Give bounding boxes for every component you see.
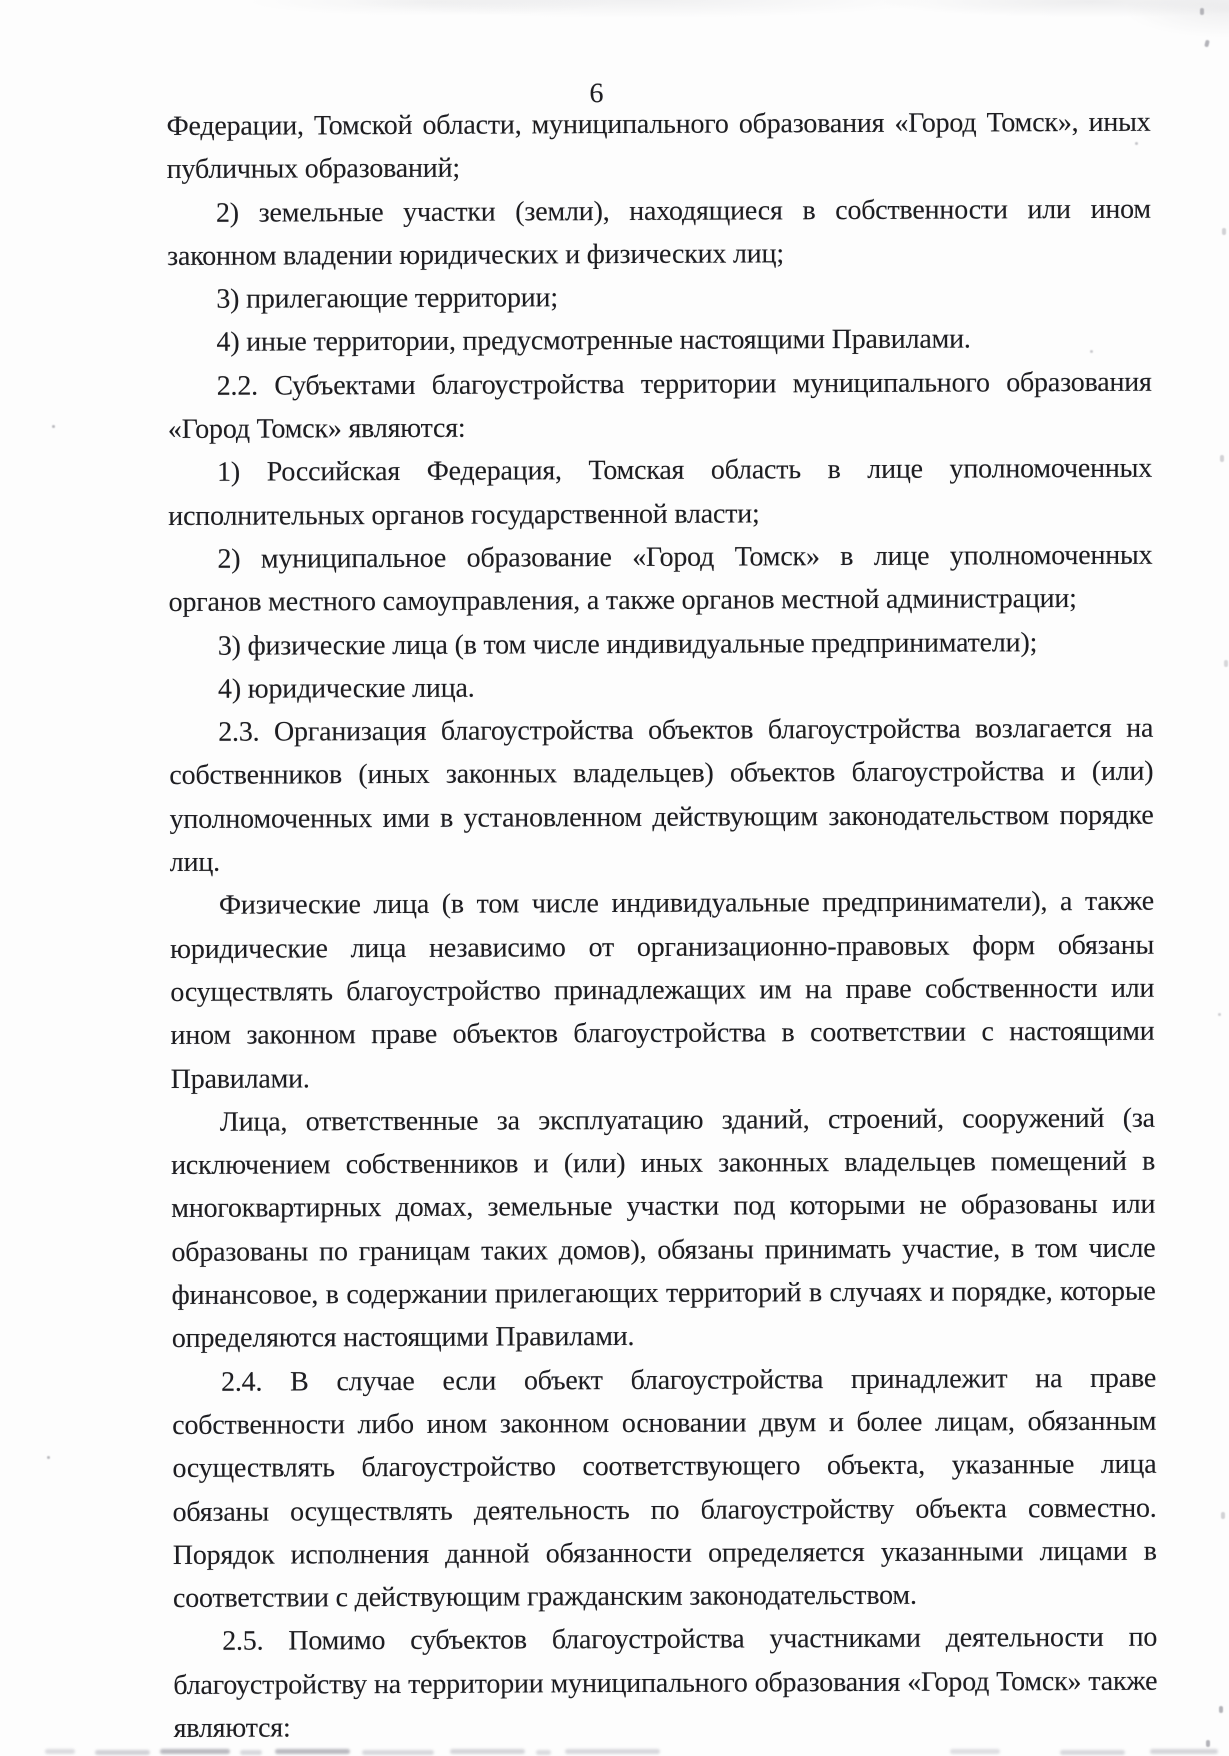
scanned-document-page: 6 Федерации, Томской области, муниципаль… [0, 0, 1229, 1756]
page-content: 6 Федерации, Томской области, муниципаль… [0, 0, 1229, 1756]
paragraph-2: 2) земельные участки (земли), находящиес… [167, 187, 1151, 278]
paragraph-11: Физические лица (в том числе индивидуаль… [170, 880, 1155, 1101]
paragraph-12: Лица, ответственные за эксплуатацию здан… [171, 1097, 1156, 1361]
paragraph-7: 2) муниципальное образование «Город Томс… [168, 534, 1152, 625]
paragraph-13: 2.4. В случае если объект благоустройств… [172, 1356, 1157, 1620]
paragraph-8: 3) физические лица (в том числе индивиду… [169, 620, 1153, 668]
document-body: Федерации, Томской области, муниципально… [166, 101, 1157, 1751]
paragraph-3: 3) прилегающие территории; [167, 274, 1151, 322]
paragraph-1: Федерации, Томской области, муниципально… [166, 101, 1150, 192]
paragraph-14: 2.5. Помимо субъектов благоустройства уч… [173, 1616, 1158, 1750]
paragraph-6: 1) Российская Федерация, Томская область… [168, 447, 1152, 538]
paragraph-9: 4) юридические лица. [169, 664, 1153, 712]
paragraph-4: 4) иные территории, предусмотренные наст… [167, 317, 1151, 365]
paragraph-5: 2.2. Субъектами благоустройства территор… [168, 360, 1152, 451]
paragraph-10: 2.3. Организация благоустройства объекто… [169, 707, 1154, 884]
